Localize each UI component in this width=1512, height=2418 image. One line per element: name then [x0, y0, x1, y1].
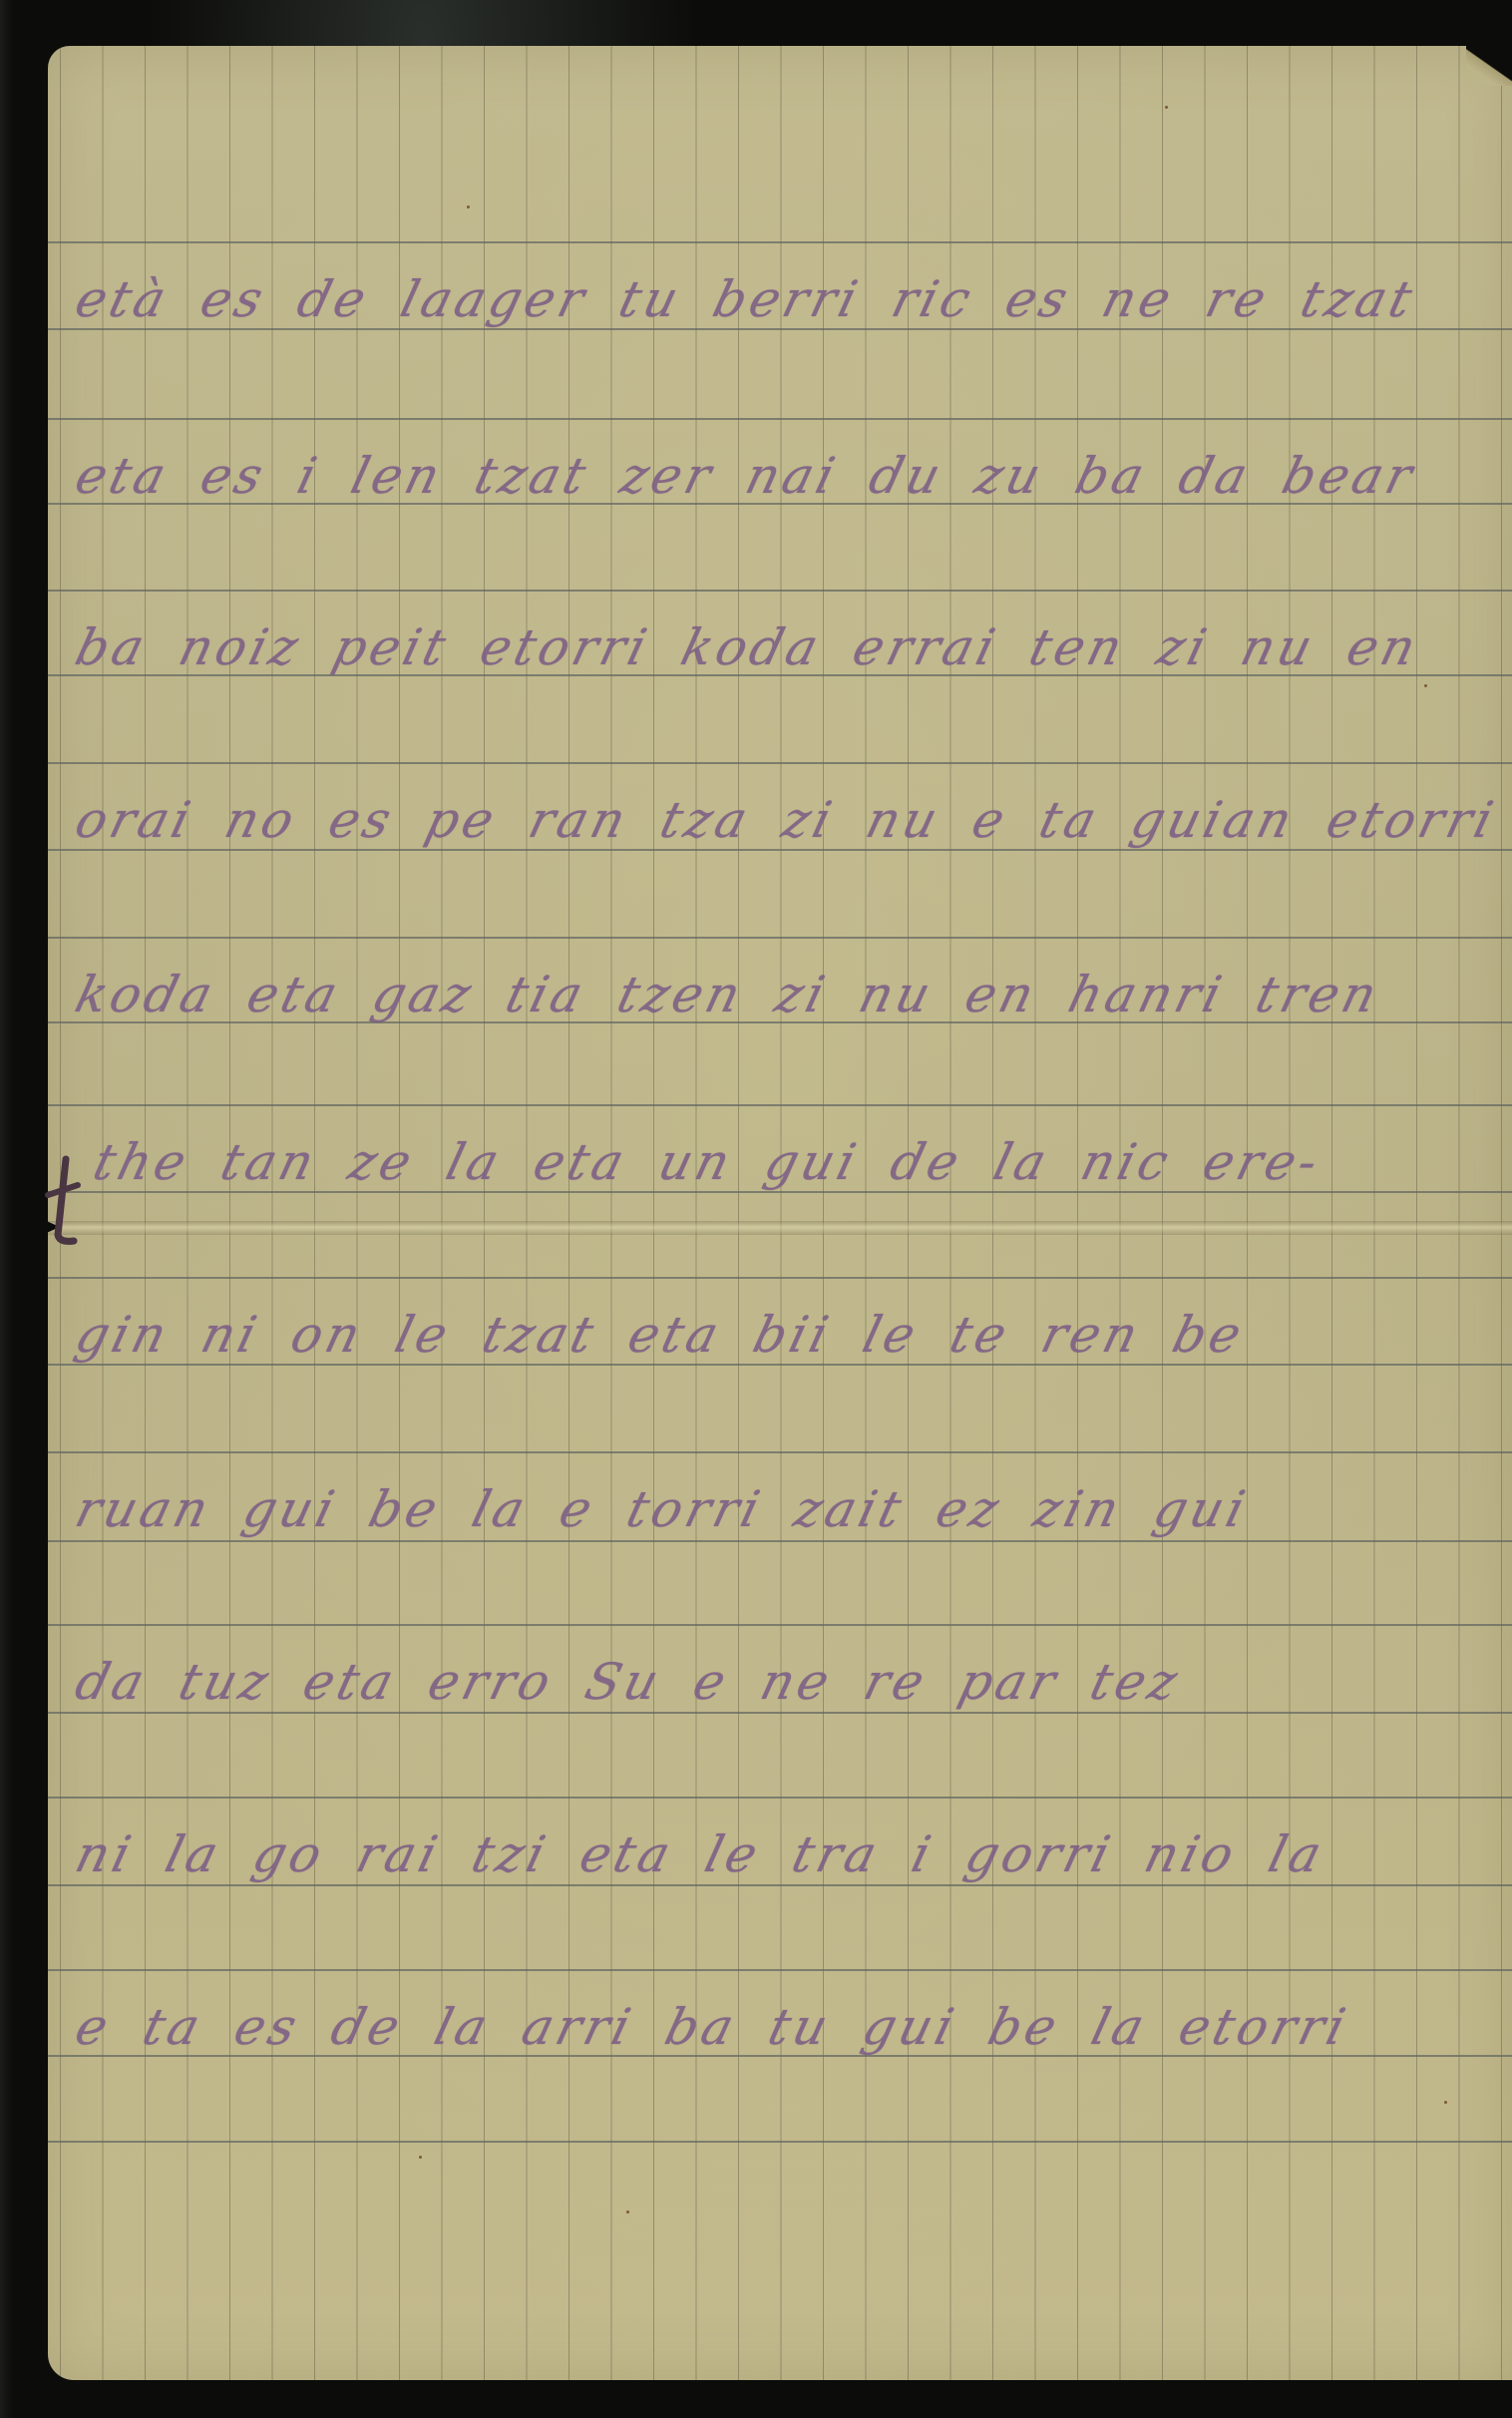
- paper-speck: [626, 2211, 629, 2214]
- handwritten-line-1: età es de laager tu berri ric es ne re t…: [70, 238, 1512, 328]
- scanner-edge: [0, 0, 14, 2418]
- ruled-line: [48, 328, 1512, 330]
- ruled-line: [48, 849, 1512, 851]
- letter-page: età es de laager tu berri ric es ne re t…: [48, 46, 1512, 2380]
- ruled-line: [48, 1191, 1512, 1193]
- ruled-line: [48, 1884, 1512, 1886]
- paper-speck: [1424, 684, 1427, 687]
- ruled-line: [48, 1540, 1512, 1542]
- paper-speck: [1165, 106, 1168, 109]
- handwritten-line-2: eta es i len tzat zer nai du zu ba da be…: [70, 415, 1512, 505]
- handwritten-line-10: ni la go rai tzi eta le tra i gorri nio …: [70, 1794, 1512, 1883]
- handwritten-line-4: orai no es pe ran tza zi nu e ta guian e…: [70, 759, 1512, 849]
- paper-speck: [1444, 2101, 1447, 2104]
- handwritten-line-9: da tuz eta erro Su e ne re par tez: [70, 1621, 1512, 1711]
- handwritten-line-3: ba noiz peit etorri koda errai ten zi nu…: [70, 587, 1512, 676]
- handwritten-line-8: ruan gui be la e torri zait ez zin gui: [70, 1448, 1512, 1538]
- handwritten-line-7: gin ni on le tzat eta bii le te ren be: [70, 1274, 1512, 1364]
- paper-speck: [467, 205, 470, 208]
- handwritten-line-5: koda eta gaz tia tzen zi nu en hanri tre…: [70, 934, 1512, 1023]
- margin-mark-icon: [44, 1155, 84, 1245]
- handwritten-line-6: the tan ze la eta un gui de la nic ere-: [88, 1101, 1512, 1191]
- ruled-line: [48, 2141, 1512, 2143]
- handwritten-line-11: e ta es de la arri ba tu gui be la etorr…: [70, 1966, 1512, 2056]
- ruled-line: [48, 1712, 1512, 1714]
- paper-fold: [48, 1221, 1512, 1235]
- ruled-line: [48, 1364, 1512, 1366]
- paper-speck: [419, 2156, 422, 2159]
